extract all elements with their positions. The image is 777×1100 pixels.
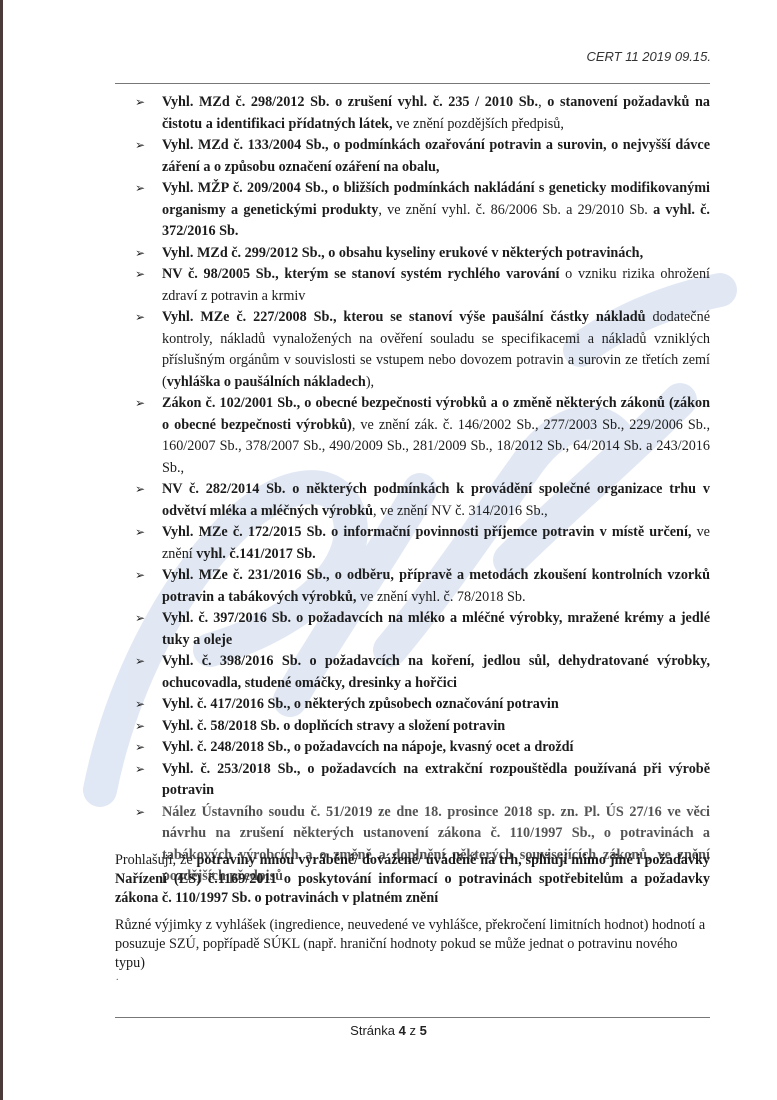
legislation-item: ➢Vyhl. MZe č. 227/2008 Sb., kterou se st… [135,307,710,393]
arrow-bullet-icon: ➢ [135,92,145,114]
page-total: 5 [420,1023,427,1038]
text-run: , [538,94,547,110]
text-run: Vyhl. MZe č. 227/2008 Sb., kterou se sta… [162,309,646,325]
scan-edge [0,0,3,1100]
arrow-bullet-icon: ➢ [135,178,145,200]
arrow-bullet-icon: ➢ [135,135,145,157]
page-separator: z [409,1023,416,1038]
legislation-item: ➢Vyhl. č. 248/2018 Sb., o požadavcích na… [135,737,710,759]
legislation-item: ➢Vyhl. č. 417/2016 Sb., o některých způs… [135,694,710,716]
text-run: , ve znění vyhl. č. 86/2006 Sb. a 29/201… [378,202,653,218]
text-run: Vyhl. č. 398/2016 Sb. o požadavcích na k… [162,653,710,691]
text-run: ve znění pozdějších předpisů, [393,116,564,132]
arrow-bullet-icon: ➢ [135,243,145,265]
legislation-item: ➢NV č. 98/2005 Sb., kterým se stanoví sy… [135,264,710,307]
legislation-item: ➢Vyhl. č. 397/2016 Sb. o požadavcích na … [135,608,710,651]
stray-mark: . [116,972,119,983]
text-run: ), [366,374,374,390]
page-footer: Stránka 4 z 5 [0,1023,777,1038]
arrow-bullet-icon: ➢ [135,802,145,824]
arrow-bullet-icon: ➢ [135,393,145,415]
legislation-item: ➢Vyhl. MZd č. 299/2012 Sb., o obsahu kys… [135,243,710,265]
legislation-item: ➢Vyhl. č. 253/2018 Sb., o požadavcích na… [135,759,710,802]
text-run: Vyhl. MZe č. 172/2015 Sb. o informační p… [162,524,691,540]
arrow-bullet-icon: ➢ [135,479,145,501]
arrow-bullet-icon: ➢ [135,651,145,673]
arrow-bullet-icon: ➢ [135,264,145,286]
legislation-item: ➢Vyhl. MZe č. 172/2015 Sb. o informační … [135,522,710,565]
legislation-item: ➢Vyhl. MZe č. 231/2016 Sb., o odběru, př… [135,565,710,608]
arrow-bullet-icon: ➢ [135,716,145,738]
arrow-bullet-icon: ➢ [135,565,145,587]
text-run: vyhláška o paušálních nákladech [167,374,366,390]
text-run: Vyhl. č. 248/2018 Sb., o požadavcích na … [162,739,574,755]
footer-divider [115,1017,710,1018]
header-divider [115,83,710,84]
legislation-item: ➢Vyhl. MZd č. 133/2004 Sb., o podmínkách… [135,135,710,178]
text-run: ve znění vyhl. č. 78/2018 Sb. [356,589,525,605]
text-run: potraviny mnou vyráběné/ dovážené/ uvádě… [115,852,710,906]
text-run: Vyhl. č. 397/2016 Sb. o požadavcích na m… [162,610,710,648]
legislation-item: ➢Vyhl. MZd č. 298/2012 Sb. o zrušení vyh… [135,92,710,135]
legislation-list: ➢Vyhl. MZd č. 298/2012 Sb. o zrušení vyh… [135,92,710,888]
text-run: Vyhl. č. 58/2018 Sb. o doplňcích stravy … [162,718,505,734]
arrow-bullet-icon: ➢ [135,759,145,781]
legislation-item: ➢Vyhl. č. 58/2018 Sb. o doplňcích stravy… [135,716,710,738]
legislation-item: ➢Zákon č. 102/2001 Sb., o obecné bezpečn… [135,393,710,479]
arrow-bullet-icon: ➢ [135,307,145,329]
legislation-item: ➢NV č. 282/2014 Sb. o některých podmínká… [135,479,710,522]
declaration-paragraph: Prohlašuji, že potraviny mnou vyráběné/ … [115,851,710,908]
text-run: vyhl. č.141/2017 Sb. [196,546,315,562]
arrow-bullet-icon: ➢ [135,608,145,630]
legislation-item: ➢Vyhl. MŽP č. 209/2004 Sb., o bližších p… [135,178,710,243]
legislation-item: ➢Vyhl. č. 398/2016 Sb. o požadavcích na … [135,651,710,694]
text-run: NV č. 98/2005 Sb., kterým se stanoví sys… [162,266,559,282]
exceptions-note: Různé výjimky z vyhlášek (ingredience, n… [115,916,710,973]
text-run: Vyhl. MZd č. 299/2012 Sb., o obsahu kyse… [162,245,643,261]
document-code: CERT 11 2019 09.15. [586,49,711,64]
arrow-bullet-icon: ➢ [135,694,145,716]
text-run: Vyhl. MZd č. 298/2012 Sb. o zrušení vyhl… [162,94,538,110]
text-run: Vyhl. č. 253/2018 Sb., o požadavcích na … [162,761,710,799]
page-current: 4 [399,1023,406,1038]
text-run: Vyhl. MZd č. 133/2004 Sb., o podmínkách … [162,137,710,175]
text-run: Vyhl. č. 417/2016 Sb., o některých způso… [162,696,559,712]
arrow-bullet-icon: ➢ [135,522,145,544]
page-label: Stránka [350,1023,395,1038]
text-run: Prohlašuji, že [115,852,197,868]
text-run: , ve znění NV č. 314/2016 Sb., [373,503,548,519]
arrow-bullet-icon: ➢ [135,737,145,759]
